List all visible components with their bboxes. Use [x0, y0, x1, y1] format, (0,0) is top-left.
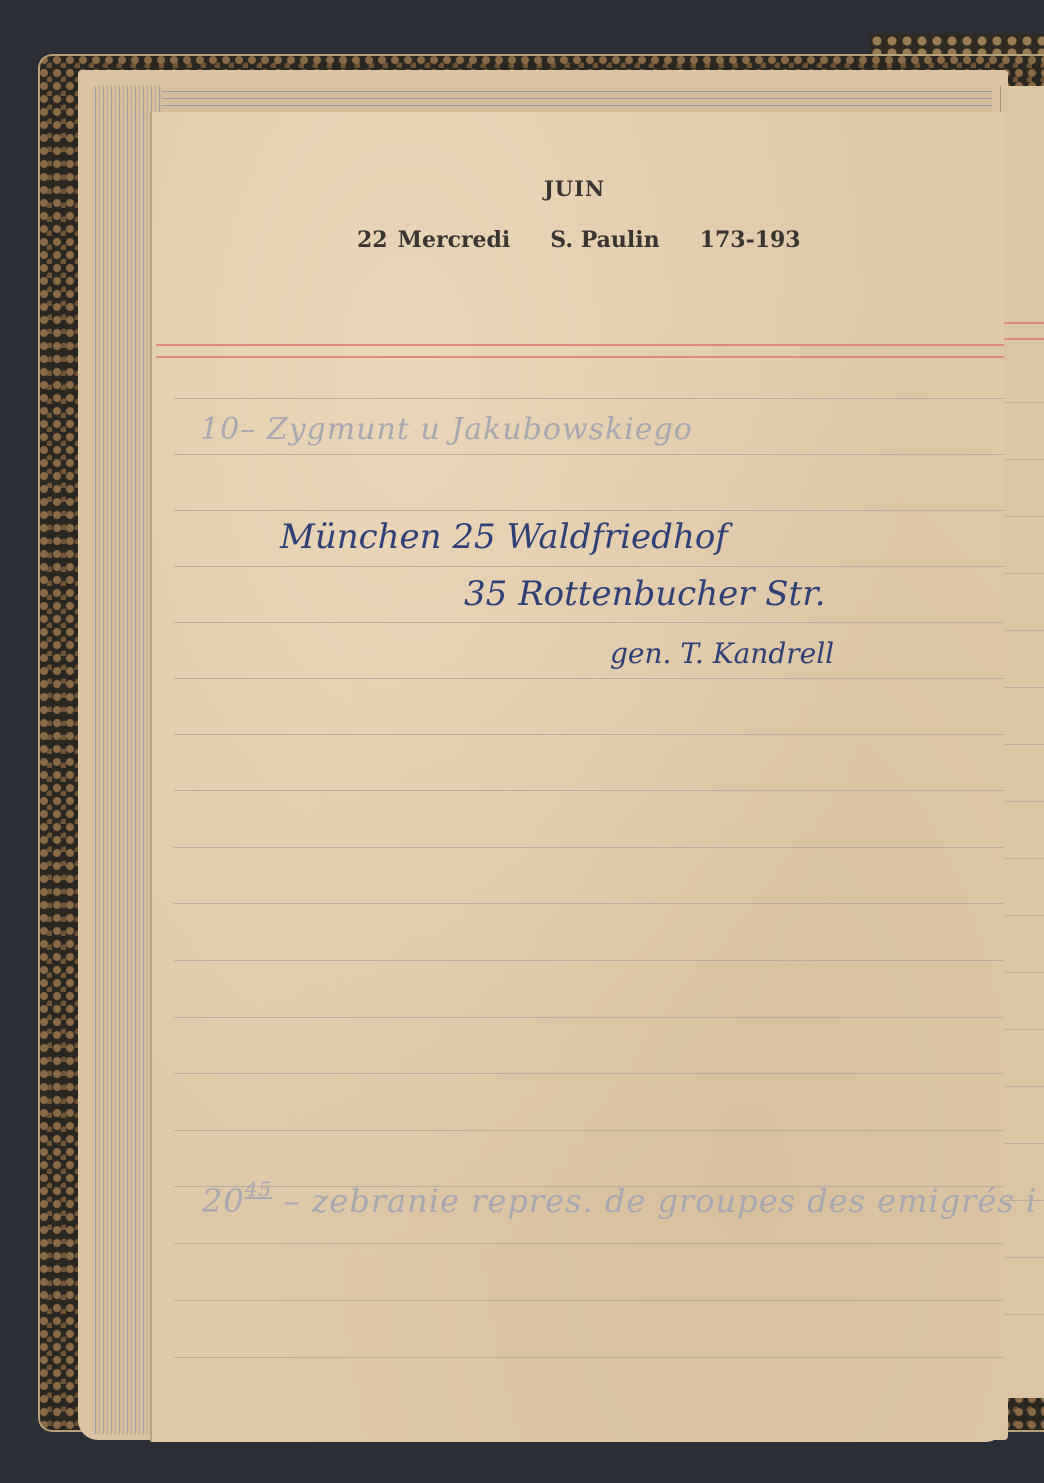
ruled-line	[174, 790, 1004, 791]
ruled-line	[174, 1073, 1004, 1074]
ruled-line	[174, 398, 1004, 399]
ruled-line	[1001, 459, 1044, 460]
day-number: 22	[357, 227, 388, 253]
ruled-line	[1001, 516, 1044, 517]
red-rule	[1001, 322, 1044, 324]
ruled-line	[174, 1243, 1004, 1244]
day-count: 173-193	[700, 227, 801, 253]
entry-time: 10	[200, 412, 240, 447]
ruled-line	[1001, 573, 1044, 574]
ruled-line	[1001, 1314, 1044, 1315]
ruled-line	[174, 903, 1004, 904]
ruled-line	[1001, 744, 1044, 745]
red-rule	[1001, 338, 1044, 340]
red-rule	[156, 344, 1004, 346]
entry-text: zebranie repres. de groupes des emigrés …	[312, 1182, 1044, 1220]
red-rule	[156, 356, 1004, 358]
entry-text: Zygmunt u Jakubowskiego	[267, 412, 693, 447]
saint-name: S. Paulin	[550, 227, 659, 253]
ruled-line	[174, 1300, 1004, 1301]
ruled-line	[1001, 630, 1044, 631]
ruled-line	[174, 734, 1004, 735]
ruled-line	[1001, 1029, 1044, 1030]
date: 22 Mercredi	[357, 227, 510, 253]
ruled-line	[174, 454, 1004, 455]
ruled-line	[174, 847, 1004, 848]
address-line-1: München 25 Waldfriedhof	[280, 517, 728, 557]
ruled-line	[174, 510, 1004, 511]
ruled-line	[174, 1017, 1004, 1018]
entry-time-minutes: 45	[245, 1177, 272, 1201]
ruled-line	[174, 622, 1004, 623]
ruled-line	[174, 1357, 1004, 1358]
month-heading: JUIN	[152, 176, 997, 201]
entry-time: 20	[202, 1182, 245, 1220]
entry-10h: 10– Zygmunt u Jakubowskiego	[200, 412, 693, 447]
entry-20h45: 2045 – zebranie repres. de groupes des e…	[202, 1177, 1044, 1220]
ruled-line	[1001, 687, 1044, 688]
ruled-line	[1001, 915, 1044, 916]
weekday: Mercredi	[398, 227, 511, 253]
date-line: 22 Mercredi S. Paulin 173-193	[357, 227, 801, 253]
ruled-line	[174, 678, 1004, 679]
ruled-line	[174, 960, 1004, 961]
address-line-2: 35 Rottenbucher Str.	[464, 574, 826, 614]
ruled-line	[1001, 402, 1044, 403]
ruled-line	[1001, 1143, 1044, 1144]
ruled-line	[1001, 858, 1044, 859]
address-line-3: gen. T. Kandrell	[610, 637, 834, 670]
ruled-line	[1001, 972, 1044, 973]
ruled-line	[174, 1130, 1004, 1131]
dash: –	[240, 412, 267, 447]
ruled-line	[174, 566, 1004, 567]
dash: –	[272, 1182, 311, 1220]
ruled-line	[1001, 1257, 1044, 1258]
ruled-line	[1001, 1086, 1044, 1087]
diary-page: JUIN 22 Mercredi S. Paulin 173-193 10– Z…	[152, 112, 1004, 1442]
ruled-line	[1001, 801, 1044, 802]
